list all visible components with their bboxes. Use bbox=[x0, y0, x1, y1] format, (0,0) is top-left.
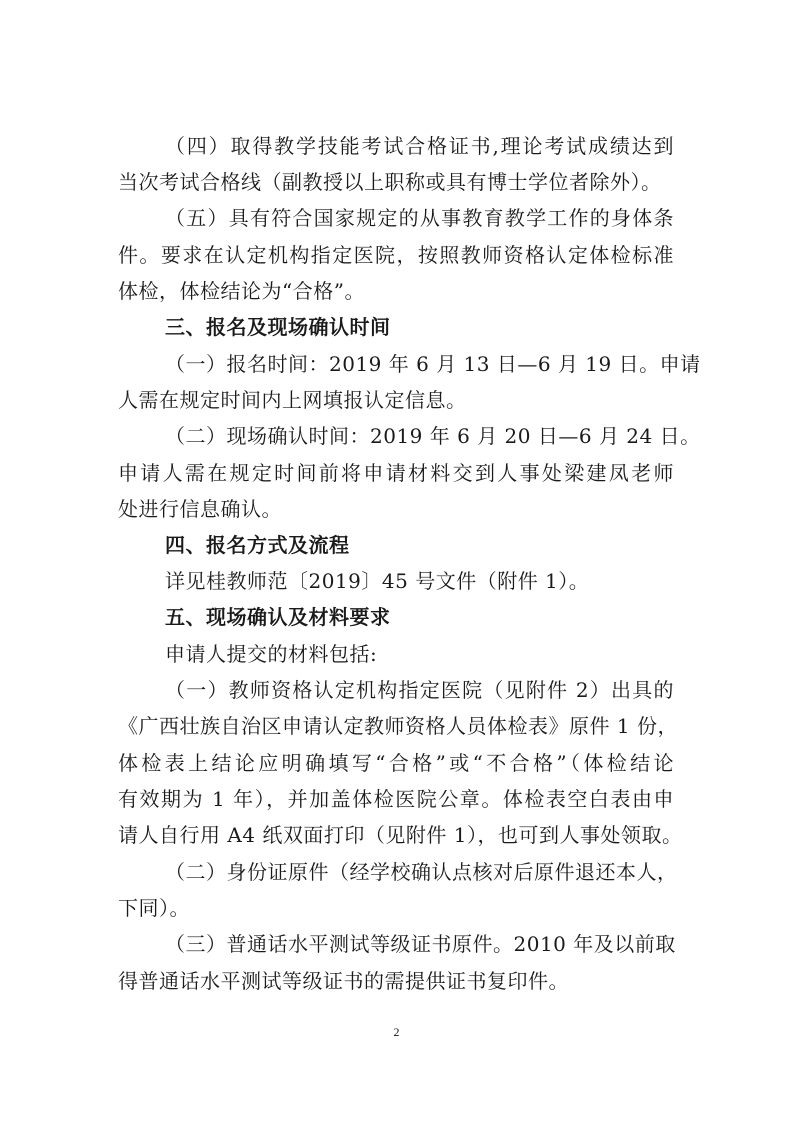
section-heading: 五、现场确认及材料要求 bbox=[165, 602, 674, 632]
paragraph-line: 请人自行用 A4 纸双面打印（见附件 1），也可到人事处领取。 bbox=[118, 820, 674, 850]
paragraph-line: 处进行信息确认。 bbox=[118, 494, 674, 524]
section-heading: 三、报名及现场确认时间 bbox=[165, 312, 674, 342]
document-page: （四）取得教学技能考试合格证书,理论考试成绩达到 当次考试合格线（副教授以上职称… bbox=[0, 0, 793, 1122]
page-number: 2 bbox=[0, 1025, 793, 1040]
paragraph-line: （二）现场确认时间：2019 年 6 月 20 日—6 月 24 日。 bbox=[165, 421, 674, 451]
paragraph-line: 下同）。 bbox=[118, 893, 674, 923]
section-heading: 四、报名方式及流程 bbox=[165, 530, 674, 560]
paragraph-line: （一）报名时间：2019 年 6 月 13 日—6 月 19 日。申请 bbox=[165, 349, 674, 379]
paragraph-line: 申请人提交的材料包括: bbox=[165, 639, 674, 669]
paragraph-line: 详见桂教师范〔2019〕45 号文件（附件 1）。 bbox=[165, 566, 674, 596]
paragraph-line: 当次考试合格线（副教授以上职称或具有博士学位者除外）。 bbox=[118, 167, 674, 197]
paragraph-line: 《广西壮族自治区申请认定教师资格人员体检表》原件 1 份， bbox=[118, 711, 674, 741]
paragraph-line: 体检，体检结论为“合格”。 bbox=[118, 276, 674, 306]
paragraph-line: 申请人需在规定时间前将申请材料交到人事处梁建凤老师 bbox=[118, 458, 674, 488]
paragraph-line: 体检表上结论应明确填写“合格”或“不合格”（体检结论 bbox=[118, 748, 674, 778]
paragraph-line: 件。要求在认定机构指定医院，按照教师资格认定体检标准 bbox=[118, 240, 674, 270]
paragraph-line: （三）普通话水平测试等级证书原件。2010 年及以前取 bbox=[165, 929, 674, 959]
paragraph-line: 得普通话水平测试等级证书的需提供证书复印件。 bbox=[118, 966, 674, 996]
paragraph-line: （一）教师资格认定机构指定医院（见附件 2）出具的 bbox=[165, 675, 674, 705]
paragraph-line: 人需在规定时间内上网填报认定信息。 bbox=[118, 385, 674, 415]
paragraph-line: （四）取得教学技能考试合格证书,理论考试成绩达到 bbox=[165, 131, 674, 161]
paragraph-line: （二）身份证原件（经学校确认点核对后原件退还本人， bbox=[165, 857, 674, 887]
paragraph-line: 有效期为 1 年），并加盖体检医院公章。体检表空白表由申 bbox=[118, 784, 674, 814]
paragraph-line: （五）具有符合国家规定的从事教育教学工作的身体条 bbox=[165, 203, 674, 233]
